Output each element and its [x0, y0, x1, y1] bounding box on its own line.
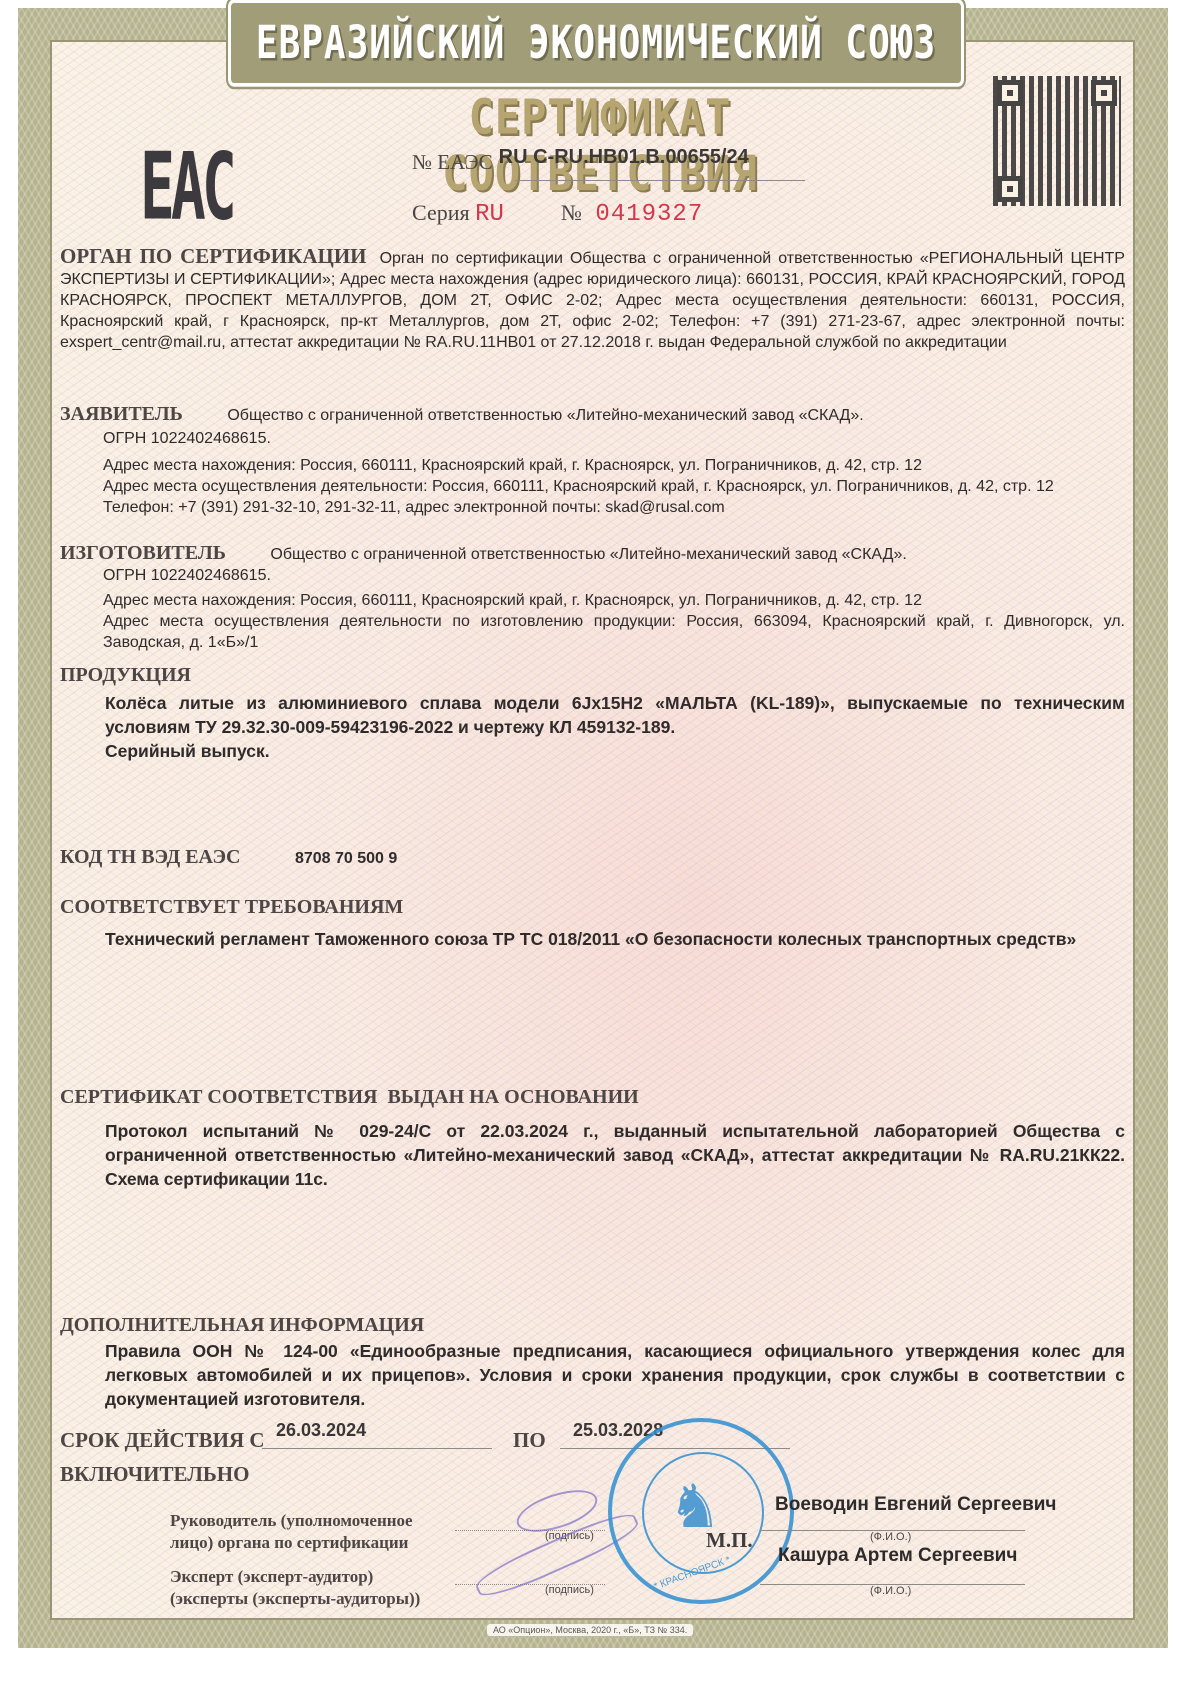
head-name: Воеводин Евгений Сергеевич — [775, 1494, 1056, 1516]
manufacturer-ogrn: ОГРН 1022402468615. — [60, 565, 1125, 586]
applicant-ogrn: ОГРН 1022402468615. — [60, 428, 1125, 449]
qr-code-icon — [993, 76, 1121, 206]
applicant-contacts: Телефон: +7 (391) 291-32-10, 291-32-11, … — [60, 497, 1125, 518]
applicant-section: ЗАЯВИТЕЛЬ Общество с ограниченной ответс… — [60, 404, 1125, 518]
head-name-caption: (Ф.И.О.) — [870, 1531, 911, 1543]
manufacturer-address: Адрес места нахождения: Россия, 660111, … — [60, 590, 1125, 611]
basis-text: Протокол испытаний № 029-24/С от 22.03.2… — [60, 1119, 1125, 1191]
hs-code-heading: КОД ТН ВЭД ЕАЭС — [60, 846, 241, 868]
qr-finder-icon — [997, 80, 1023, 106]
product-section: ПРОДУКЦИЯ Колёса литые из алюминиевого с… — [60, 664, 1125, 763]
qr-finder-icon — [1091, 80, 1117, 106]
expert-signature-caption: (подпись) — [545, 1584, 594, 1596]
product-heading: ПРОДУКЦИЯ — [60, 664, 1125, 687]
expert-label-line1: Эксперт (эксперт-аудитор) — [170, 1566, 420, 1588]
qr-finder-icon — [997, 176, 1023, 202]
registration-number: № ЕАЭСRU C-RU.HB01.B.00655/24 — [412, 150, 749, 175]
applicant-activity-address: Адрес места осуществления деятельности: … — [60, 476, 1125, 497]
basis-heading: СЕРТИФИКАТ СООТВЕТСТВИЯ ВЫДАН НА ОСНОВАН… — [60, 1086, 1125, 1109]
manufacturer-production-address: Адрес места осуществления деятельности п… — [60, 611, 1125, 653]
expert-name: Кашура Артем Сергеевич — [778, 1545, 1017, 1567]
official-stamp-icon: ♞ * КРАСНОЯРСК * — [608, 1418, 794, 1604]
additional-info-text: Правила ООН № 124-00 «Единообразные пред… — [60, 1339, 1125, 1411]
union-banner: ЕВРАЗИЙСКИЙ ЭКОНОМИЧЕСКИЙ СОЮЗ — [228, 0, 964, 87]
manufacturer-name: Общество с ограниченной ответственностью… — [270, 546, 906, 563]
validity-from-line — [262, 1448, 492, 1449]
series-label: Серия — [412, 200, 470, 225]
number-label: № — [561, 200, 582, 225]
applicant-name: Общество с ограниченной ответственностью… — [227, 407, 863, 424]
registration-label: № ЕАЭС — [412, 150, 493, 174]
number-value: 0419327 — [595, 201, 703, 228]
head-label-line2: лицо) органа по сертификации — [170, 1532, 413, 1554]
head-label-line1: Руководитель (уполномоченное — [170, 1510, 413, 1532]
printer-imprint: АО «Опцион», Москва, 2020 г., «Б», ТЗ № … — [487, 1624, 693, 1636]
applicant-address: Адрес места нахождения: Россия, 660111, … — [60, 455, 1125, 476]
eac-logo-icon: ЕАС — [140, 132, 233, 241]
certification-body-section: ОРГАН ПО СЕРТИФИКАЦИИ Орган по сертифика… — [60, 246, 1125, 353]
product-release: Серийный выпуск. — [60, 739, 1125, 763]
seal-mark: М.П. — [706, 1528, 753, 1553]
hs-code-value: 8708 70 500 9 — [295, 850, 397, 867]
validity-from-label: СРОК ДЕЙСТВИЯ С — [60, 1428, 265, 1453]
validity-from-date: 26.03.2024 — [276, 1420, 366, 1441]
expert-label-line2: (эксперты (эксперты-аудиторы)) — [170, 1588, 420, 1610]
additional-info-heading: ДОПОЛНИТЕЛЬНАЯ ИНФОРМАЦИЯ — [60, 1314, 1125, 1337]
additional-info-section: ДОПОЛНИТЕЛЬНАЯ ИНФОРМАЦИЯ Правила ООН № … — [60, 1314, 1125, 1411]
requirements-heading: СООТВЕТСТВУЕТ ТРЕБОВАНИЯМ — [60, 896, 1125, 919]
manufacturer-heading: ИЗГОТОВИТЕЛЬ — [60, 542, 226, 564]
basis-section: СЕРТИФИКАТ СООТВЕТСТВИЯ ВЫДАН НА ОСНОВАН… — [60, 1086, 1125, 1191]
series-value: RU — [475, 201, 504, 228]
validity-to-label: ПО — [513, 1428, 546, 1453]
hs-code-section: КОД ТН ВЭД ЕАЭС 8708 70 500 9 — [60, 846, 1125, 869]
expert-label: Эксперт (эксперт-аудитор) (эксперты (экс… — [170, 1566, 420, 1610]
product-description: Колёса литые из алюминиевого сплава моде… — [60, 691, 1125, 739]
head-label: Руководитель (уполномоченное лицо) орган… — [170, 1510, 413, 1554]
registration-underline — [515, 180, 805, 181]
series-number: Серия RU № 0419327 — [412, 200, 703, 228]
requirements-text: Технический регламент Таможенного союза … — [60, 927, 1125, 951]
certification-body-heading: ОРГАН ПО СЕРТИФИКАЦИИ — [60, 244, 367, 268]
manufacturer-section: ИЗГОТОВИТЕЛЬ Общество с ограниченной отв… — [60, 543, 1125, 653]
certificate-title: СЕРТИФИКАТ СООТВЕТСТВИЯ — [320, 89, 880, 202]
expert-name-caption: (Ф.И.О.) — [870, 1585, 911, 1597]
validity-inclusive-label: ВКЛЮЧИТЕЛЬНО — [60, 1462, 249, 1487]
requirements-section: СООТВЕТСТВУЕТ ТРЕБОВАНИЯМ Технический ре… — [60, 896, 1125, 951]
applicant-heading: ЗАЯВИТЕЛЬ — [60, 403, 183, 425]
registration-value: RU C-RU.HB01.B.00655/24 — [499, 146, 749, 168]
